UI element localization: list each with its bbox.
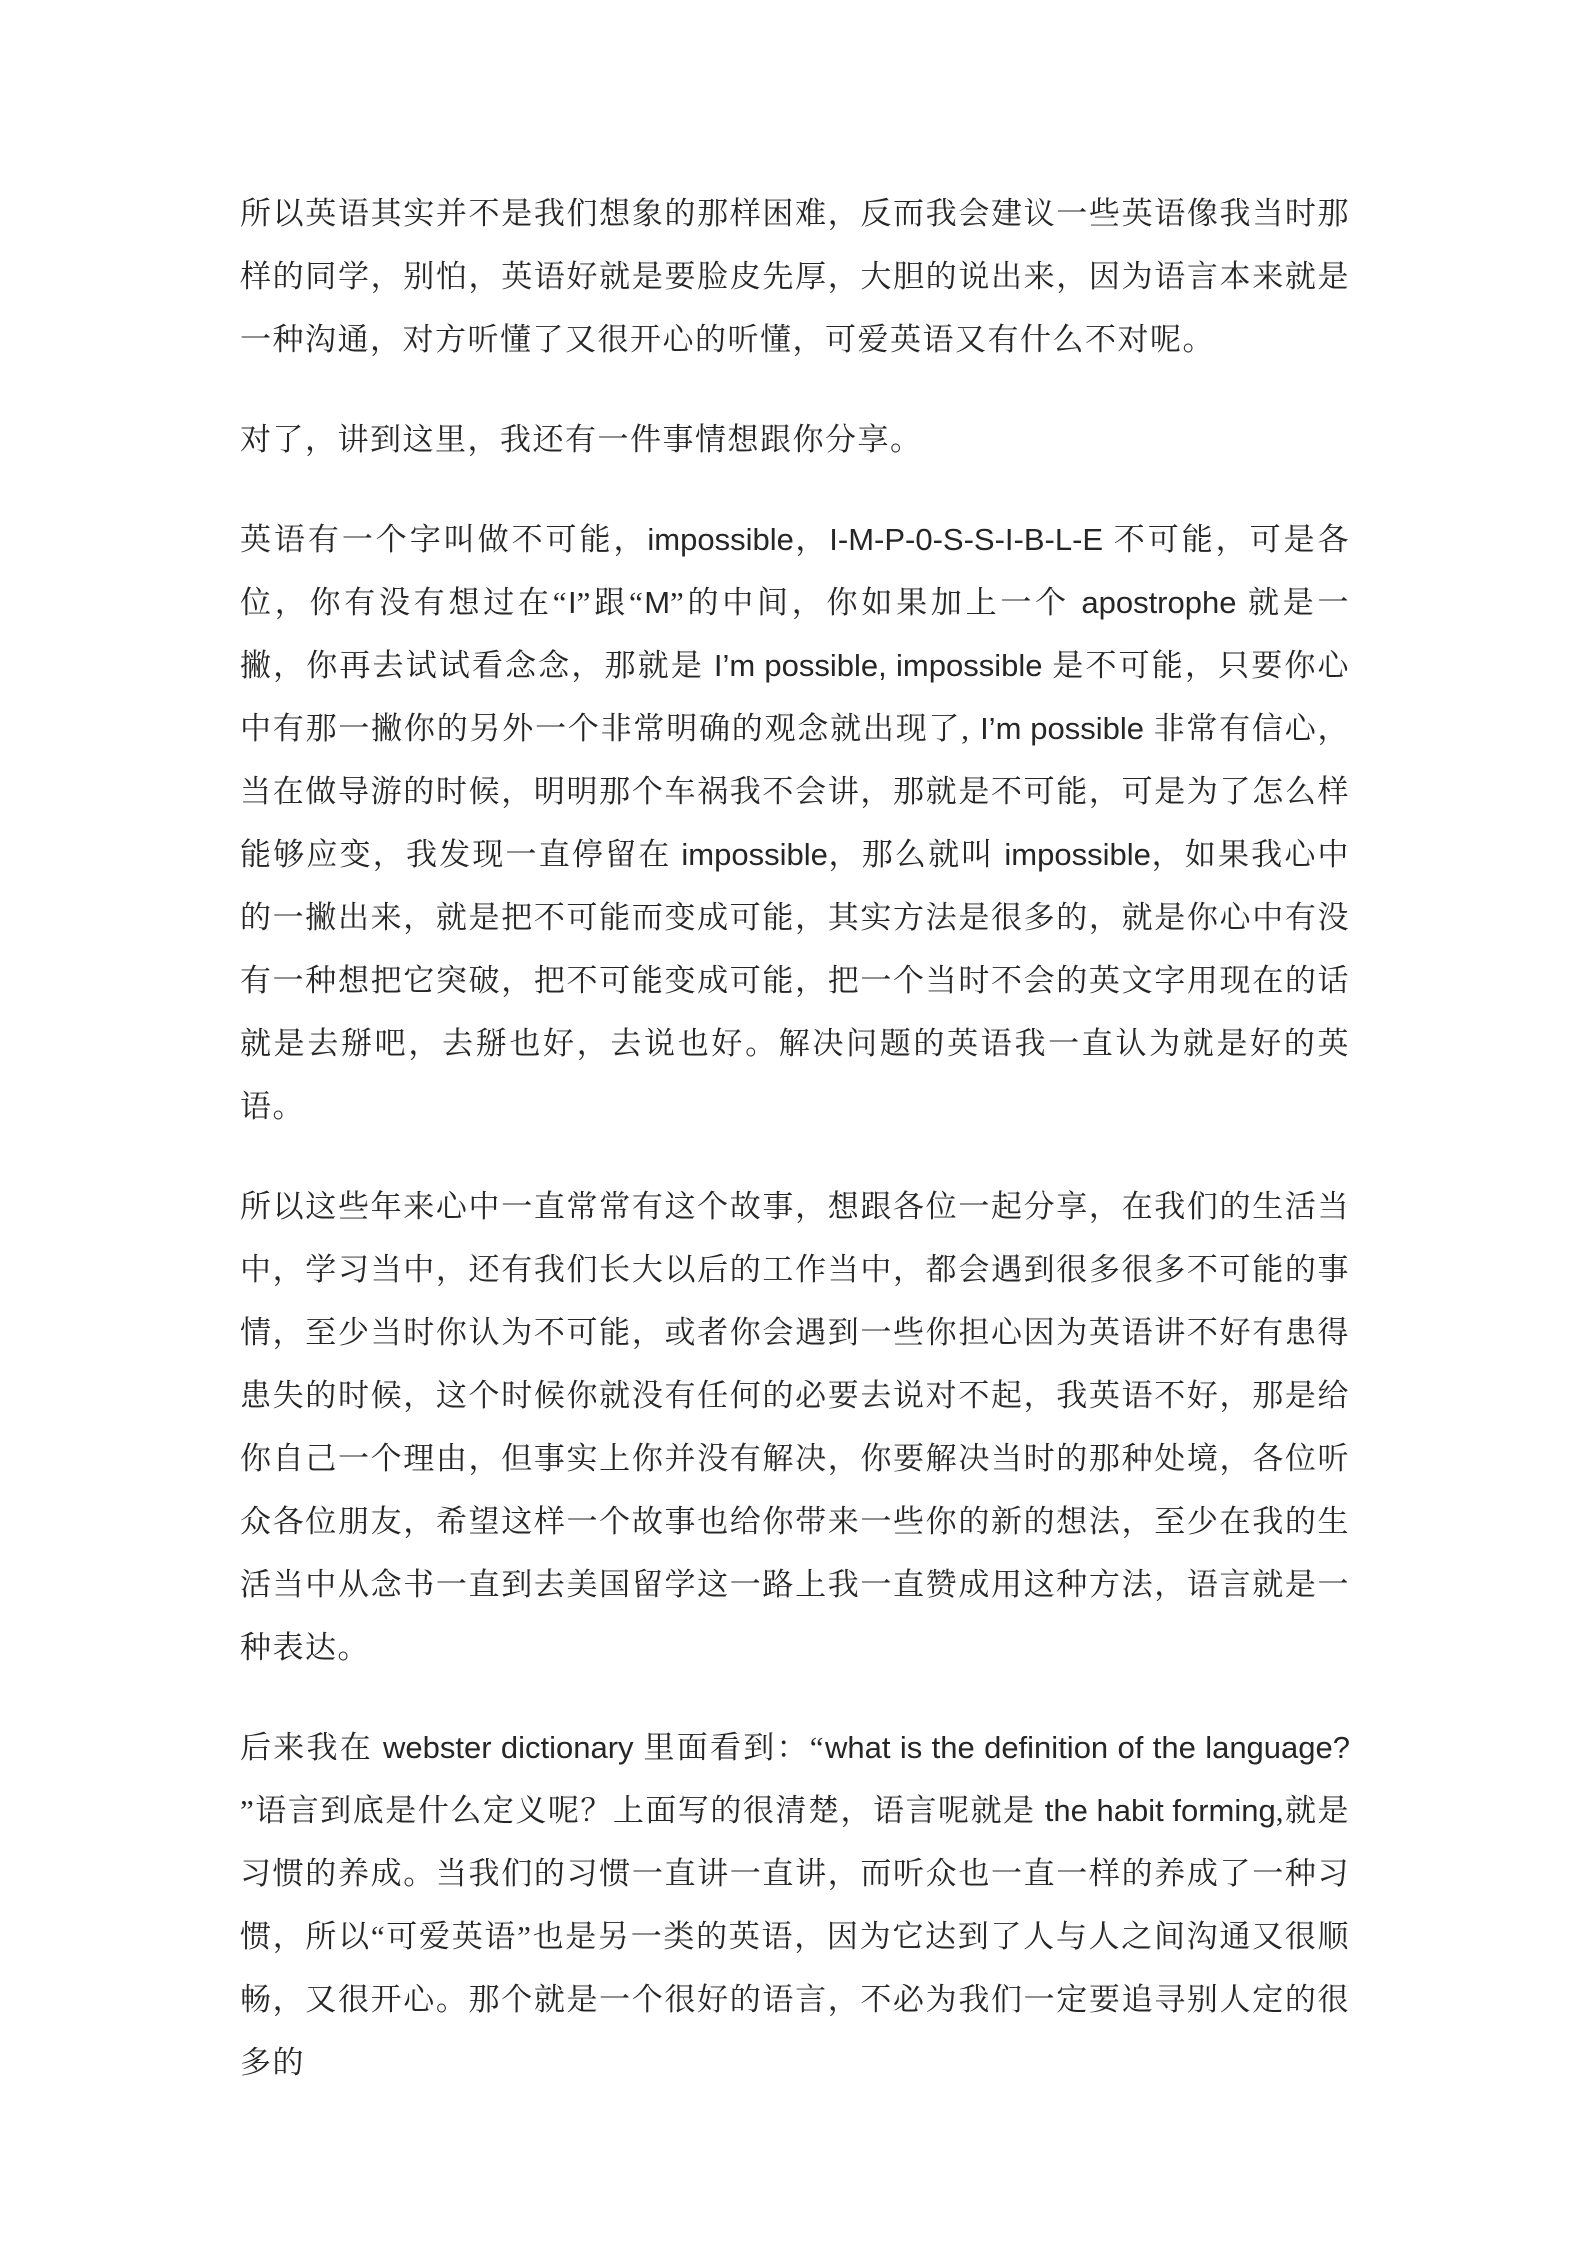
latin-text: I’m possible — [980, 711, 1144, 746]
latin-text: what is the definition of the language? — [825, 1730, 1350, 1765]
paragraph: 所以英语其实并不是我们想象的那样困难，反而我会建议一些英语像我当时那样的同学，别… — [240, 182, 1350, 371]
latin-text: I-M-P-0-S-S-I-B-L-E — [829, 522, 1103, 557]
paragraph: 对了，讲到这里，我还有一件事情想跟你分享。 — [240, 408, 1350, 471]
document-body: 所以英语其实并不是我们想象的那样困难，反而我会建议一些英语像我当时那样的同学，别… — [240, 182, 1350, 2131]
paragraph: 所以这些年来心中一直常常有这个故事，想跟各位一起分享，在我们的生活当中，学习当中… — [240, 1175, 1350, 1679]
latin-text: I — [568, 585, 577, 620]
latin-text: impossible — [681, 837, 827, 872]
paragraph: 后来我在 webster dictionary 里面看到：“what is th… — [240, 1716, 1350, 2094]
latin-text: impossible — [1004, 837, 1150, 872]
document-screenshot: { "page": { "background": "#ffffff", "te… — [0, 0, 1587, 2245]
paragraph: 英语有一个字叫做不可能，impossible，I-M-P-0-S-S-I-B-L… — [240, 508, 1350, 1138]
document-page: 所以英语其实并不是我们想象的那样困难，反而我会建议一些英语像我当时那样的同学，别… — [0, 0, 1587, 2245]
latin-text: apostrophe — [1081, 585, 1236, 620]
latin-text: impossible — [647, 522, 793, 557]
latin-text: the habit forming — [1045, 1793, 1276, 1828]
latin-text: I’m possible, impossible — [714, 648, 1043, 683]
latin-text: M — [644, 585, 670, 620]
latin-text: webster dictionary — [383, 1730, 634, 1765]
